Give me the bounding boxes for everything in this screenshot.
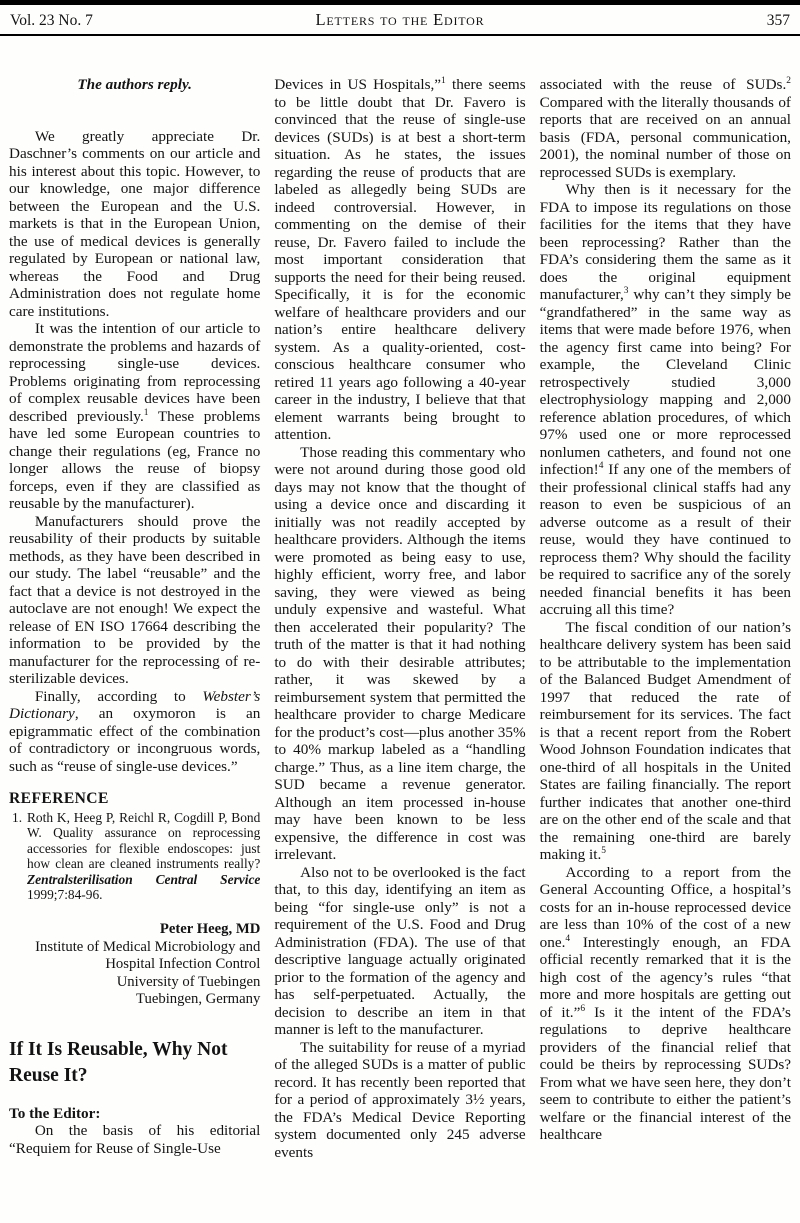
reference-heading: REFERENCE [9, 790, 260, 808]
paragraph: According to a report from the General A… [540, 864, 791, 1144]
letter-title: If It Is Reusable, Why Not Reuse It? [9, 1037, 260, 1090]
volume-number: Vol. 23 No. 7 [10, 12, 316, 30]
paragraph: Manufacturers should prove the reusabili… [9, 513, 260, 688]
paragraph: Finally, according to Webster’s Dictiona… [9, 688, 260, 776]
paragraph: The fiscal condition of our nation’s hea… [540, 619, 791, 864]
paragraph-continuation: Devices in US Hospitals,”1 there seems t… [274, 76, 525, 444]
paragraph-continuation: associated with the reuse of SUDs.2 Comp… [540, 76, 791, 181]
paragraph: The suitability for reuse of a myriad of… [274, 1039, 525, 1162]
signature-affiliation-line: Hospital Infection Control [9, 956, 260, 974]
paragraph: It was the intention of our article to d… [9, 320, 260, 513]
authors-reply-heading: The authors reply. [9, 76, 260, 94]
journal-page: Vol. 23 No. 7 Letters to the Editor 357 … [0, 0, 800, 1223]
page-header: Vol. 23 No. 7 Letters to the Editor 357 [0, 5, 800, 34]
signature-affiliation-line: Institute of Medical Microbiology and [9, 939, 260, 957]
reference-number: 1. [12, 810, 22, 826]
running-title: Letters to the Editor [316, 10, 485, 30]
column-3: associated with the reuse of SUDs.2 Comp… [540, 76, 791, 1161]
page-number: 357 [484, 12, 790, 30]
column-2: Devices in US Hospitals,”1 there seems t… [274, 76, 525, 1161]
signature-affiliation-line: Tuebingen, Germany [9, 991, 260, 1009]
paragraph: On the basis of his editorial “Requiem f… [9, 1122, 260, 1157]
signature-affiliation-line: University of Tuebingen [9, 974, 260, 992]
reference-item: 1.Roth K, Heeg P, Reichl R, Cogdill P, B… [9, 810, 260, 904]
paragraph: Also not to be overlooked is the fact th… [274, 864, 525, 1039]
column-1: The authors reply.We greatly appreciate … [9, 76, 260, 1161]
signature-block: Peter Heeg, MDInstitute of Medical Micro… [9, 921, 260, 1009]
paragraph: Why then is it necessary for the FDA to … [540, 181, 791, 619]
paragraph: Those reading this commentary who were n… [274, 444, 525, 864]
paragraph: We greatly appreciate Dr. Daschner’s com… [9, 128, 260, 321]
letters-body: The authors reply.We greatly appreciate … [0, 36, 800, 1161]
salutation: To the Editor: [9, 1105, 260, 1123]
signature-name: Peter Heeg, MD [9, 921, 260, 939]
